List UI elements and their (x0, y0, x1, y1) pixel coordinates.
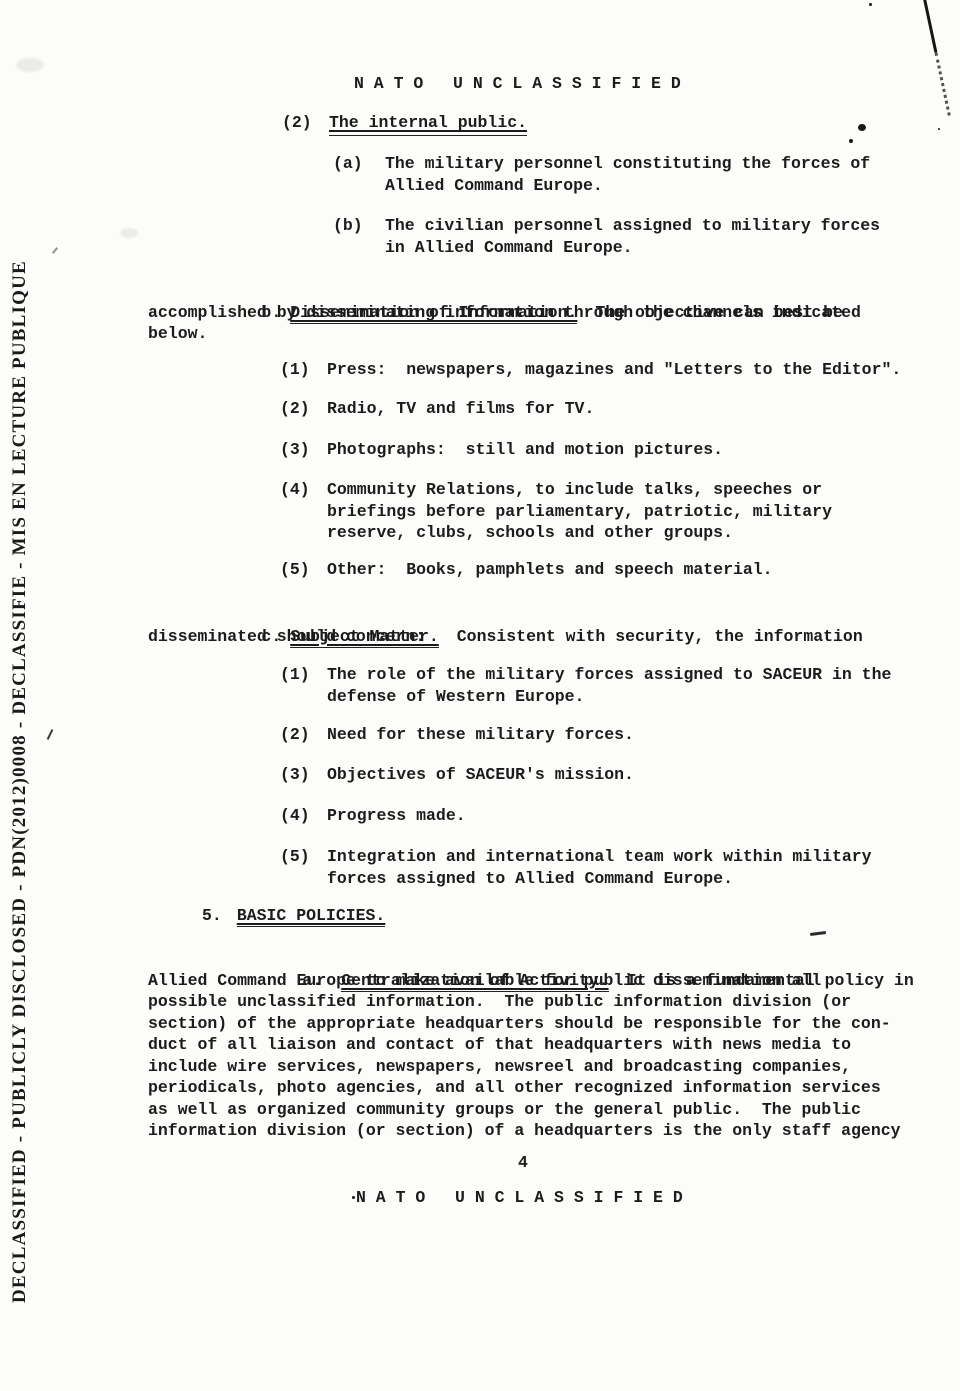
para-first-line: b.Dissemination of Information.The objec… (148, 280, 938, 302)
text-line: in Allied Command Europe. (385, 237, 880, 259)
item-number: (1) (280, 664, 327, 686)
pen-scratch-mark (47, 729, 54, 740)
subject-item-3: (3) Objectives of SACEUR's mission. (280, 764, 634, 786)
item-text: The military personnel constituting the … (385, 153, 870, 197)
scan-smudge (120, 228, 138, 238)
text-line: The role of the military forces assigned… (327, 664, 891, 686)
channel-item-5: (5) Other: Books, pamphlets and speech m… (280, 559, 773, 581)
text-line: forces assigned to Allied Command Europe… (327, 868, 872, 890)
section-heading-basic-policies: 5.BASIC POLICIES. (202, 905, 385, 927)
classification-footer: N A T O U N C L A S S I F I E D (356, 1187, 683, 1209)
classification-header: N A T O U N C L A S S I F I E D (354, 73, 681, 95)
text-line: Allied Command Europe. (385, 175, 870, 197)
pen-dash-mark (810, 931, 826, 935)
item-number: (2) (280, 398, 327, 420)
text-line: Photographs: still and motion pictures. (327, 439, 723, 461)
channel-item-2: (2) Radio, TV and films for TV. (280, 398, 594, 420)
text-line: Allied Command Europe to make available … (148, 970, 938, 992)
item-letter: (a) (333, 153, 385, 175)
declassification-stamp: DECLASSIFIED - PUBLICLY DISCLOSED - PDN(… (9, 260, 31, 1303)
section-title: BASIC POLICIES. (237, 906, 386, 927)
item-number: (1) (280, 359, 327, 381)
text-line: Integration and international team work … (327, 846, 872, 868)
item-number: (5) (280, 559, 327, 581)
para-dissemination-of-information: b.Dissemination of Information.The objec… (148, 280, 938, 345)
text-line: The civilian personnel assigned to milit… (385, 215, 880, 237)
subject-item-4: (4) Progress made. (280, 805, 466, 827)
item-number: (4) (280, 479, 327, 501)
page-number: 4 (518, 1152, 528, 1174)
text-line: section) of the appropriate headquarters… (148, 1013, 938, 1035)
text-line: Press: newspapers, magazines and "Letter… (327, 359, 901, 381)
text-line: Progress made. (327, 805, 466, 827)
text-line: periodicals, photo agencies, and all oth… (148, 1077, 938, 1099)
scan-speck (352, 1196, 355, 1199)
text-line: include wire services, newspapers, newsr… (148, 1056, 938, 1078)
item-text: The civilian personnel assigned to milit… (385, 215, 880, 259)
text-line: Community Relations, to include talks, s… (327, 479, 832, 501)
pen-stroke-mark (921, 0, 953, 120)
item-number: (3) (280, 764, 327, 786)
scan-speck (938, 128, 940, 130)
scan-speck (858, 124, 866, 131)
channel-item-1: (1) Press: newspapers, magazines and "Le… (280, 359, 901, 381)
item-letter: (b) (333, 215, 385, 237)
para-first-line: c.Subject Matter.Consistent with securit… (148, 604, 938, 626)
item-number: (2) (282, 112, 329, 134)
text-line: accomplished by disseminating informatio… (148, 302, 938, 324)
channel-item-3: (3) Photographs: still and motion pictur… (280, 439, 723, 461)
text-line: as well as organized community groups or… (148, 1099, 938, 1121)
lettered-item-b: (b) The civilian personnel assigned to m… (333, 215, 880, 259)
scanned-document-page: DECLASSIFIED - PUBLICLY DISCLOSED - PDN(… (0, 0, 960, 1391)
item-number: (4) (280, 805, 327, 827)
text-line: duct of all liaison and contact of that … (148, 1034, 938, 1056)
para-text: Consistent with security, the informatio… (457, 627, 863, 646)
scan-smudge (16, 58, 44, 72)
text-line: Radio, TV and films for TV. (327, 398, 594, 420)
channel-item-4: (4) Community Relations, to include talk… (280, 479, 832, 544)
text-line: information division (or section) of a h… (148, 1120, 938, 1142)
text-line: below. (148, 323, 938, 345)
item-number: (5) (280, 846, 327, 868)
subject-item-1: (1) The role of the military forces assi… (280, 664, 891, 707)
subject-item-5: (5) Integration and international team w… (280, 846, 872, 889)
text-line: Objectives of SACEUR's mission. (327, 764, 634, 786)
text-line: The military personnel constituting the … (385, 153, 870, 175)
scan-speck (849, 139, 853, 143)
item-number: (2) (280, 724, 327, 746)
pen-scratch-mark (52, 247, 58, 254)
pen-stroke-solid (922, 0, 937, 53)
text-line: possible unclassified information. The p… (148, 991, 938, 1013)
text-line: briefings before parliamentary, patrioti… (327, 501, 832, 523)
lettered-item-a: (a) The military personnel constituting … (333, 153, 870, 197)
text-line: defense of Western Europe. (327, 686, 891, 708)
scan-speck (869, 3, 872, 6)
para-centralization-of-activity: a.Centralization of Activity.It is a fun… (148, 948, 938, 1142)
pen-stroke-dotted (935, 52, 951, 115)
section-number: 5. (202, 906, 222, 925)
para-subject-matter: c.Subject Matter.Consistent with securit… (148, 604, 938, 647)
text-line: reserve, clubs, schools and other groups… (327, 522, 832, 544)
text-line: Other: Books, pamphlets and speech mater… (327, 559, 773, 581)
section-heading-internal-public: (2) The internal public. (282, 112, 527, 136)
section-title: The internal public. (329, 112, 527, 136)
text-line: Need for these military forces. (327, 724, 634, 746)
subject-item-2: (2) Need for these military forces. (280, 724, 634, 746)
item-number: (3) (280, 439, 327, 461)
para-first-line: a.Centralization of Activity.It is a fun… (148, 948, 938, 970)
